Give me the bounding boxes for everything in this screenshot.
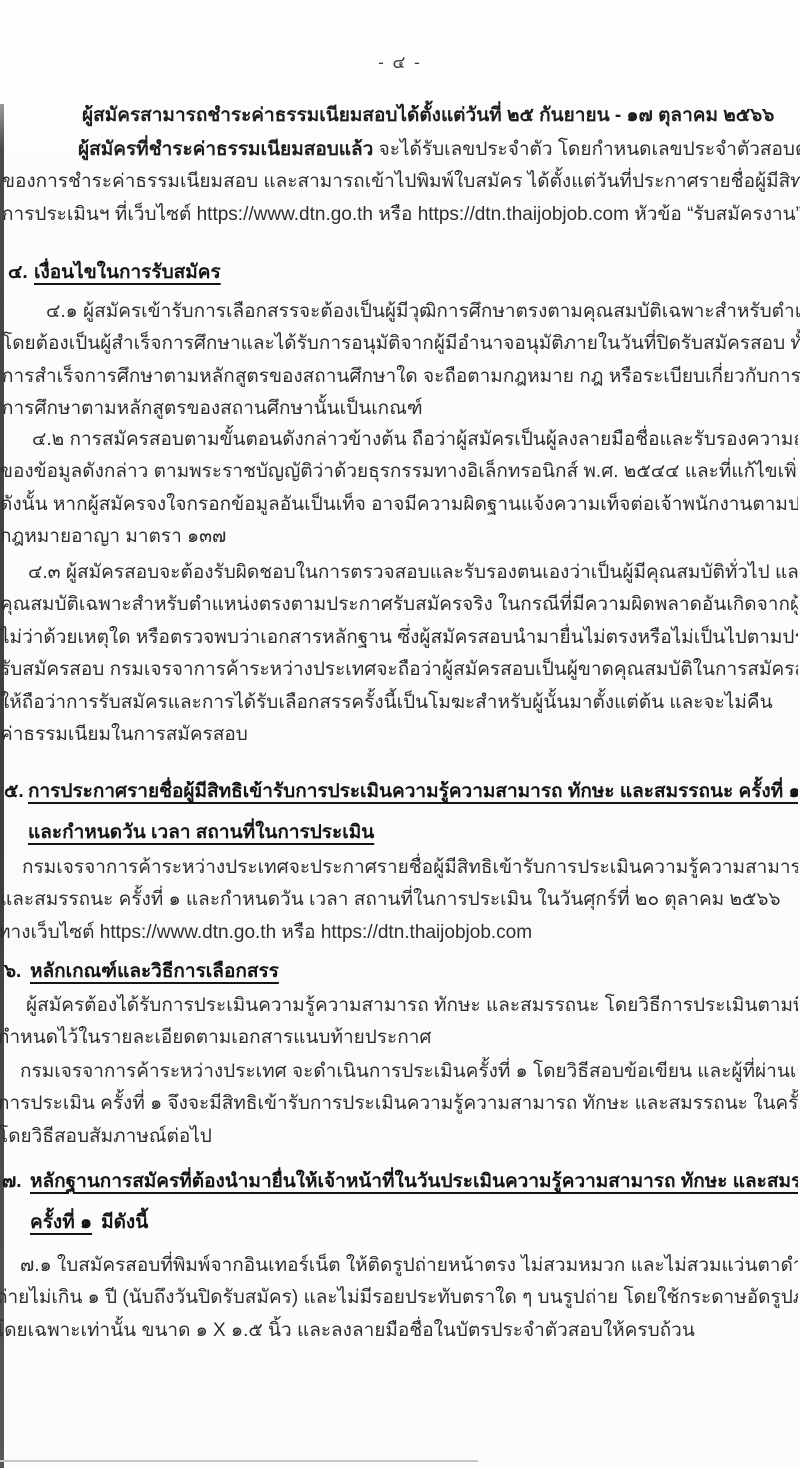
section-7-heading: ๗. หลักฐานการสมัครที่ต้องนำมายื่นให้เจ้า…: [0, 1161, 798, 1243]
section-7-number: ๗.: [0, 1161, 30, 1243]
intro-paragraph: ผู้สมัครที่ชำระค่าธรรมเนียมสอบแล้ว จะได้…: [0, 134, 800, 231]
intro-lead-bold: ผู้สมัครที่ชำระค่าธรรมเนียมสอบแล้ว: [78, 139, 373, 160]
text-line: การศึกษาตามหลักสูตรของสถานศึกษานั้นเป็นเ…: [2, 393, 800, 425]
text-line: ๔.๓ ผู้สมัครสอบจะต้องรับผิดชอบในการตรวจส…: [0, 557, 798, 589]
text-line: ค่าธรรมเนียมในการสมัครสอบ: [0, 719, 798, 751]
section-5-number: ๕.: [0, 771, 28, 853]
paragraph-5: กรมเจรจาการค้าระหว่างประเทศจะประกาศรายชื…: [0, 852, 798, 949]
section-5-title-line1: การประกาศรายชื่อผู้มีสิทธิเข้ารับการประเ…: [28, 781, 798, 802]
paragraph-4-2: ๔.๒ การสมัครสอบตามขั้นตอนดังกล่าวข้างต้น…: [0, 424, 798, 554]
text-line: ให้ถือว่าการรับสมัครและการได้รับเลือกสรร…: [0, 687, 798, 719]
text-line: ๔.๒ การสมัครสอบตามขั้นตอนดังกล่าวข้างต้น…: [0, 424, 798, 456]
text-line: ถ่ายไม่เกิน ๑ ปี (นับถึงวันปิดรับสมัคร) …: [0, 1282, 798, 1314]
section-4-number: ๔.: [0, 252, 34, 293]
text-line: ๔.๑ ผู้สมัครเข้ารับการเลือกสรรจะต้องเป็น…: [2, 296, 800, 328]
section-4-heading: ๔. เงื่อนไขในการรับสมัคร: [0, 252, 798, 293]
text-line: รับสมัครสอบ กรมเจรจาการค้าระหว่างประเทศจ…: [0, 654, 798, 686]
section-6-title: หลักเกณฑ์และวิธีการเลือกสรร: [30, 961, 279, 982]
text-line: กฎหมายอาญา มาตรา ๑๓๗: [0, 521, 798, 553]
section-6-number: ๖.: [0, 951, 30, 992]
section-5-heading: ๕. การประกาศรายชื่อผู้มีสิทธิเข้ารับการป…: [0, 771, 798, 853]
text-line: คุณสมบัติเฉพาะสำหรับตำแหน่งตรงตามประกาศร…: [0, 589, 798, 621]
scan-bottom-line-artifact: [0, 1460, 478, 1462]
intro-line1-rest: จะได้รับเลขประจำตัว โดยกำหนดเลขประจำตัวส…: [373, 139, 800, 160]
text-line: ของการชำระค่าธรรมเนียมสอบ และสามารถเข้าไ…: [2, 166, 800, 198]
paragraph-4-3: ๔.๓ ผู้สมัครสอบจะต้องรับผิดชอบในการตรวจส…: [0, 557, 798, 751]
section-7-title-line2-underlined: ครั้งที่ ๑: [30, 1212, 92, 1233]
text-line: ๗.๑ ใบสมัครสอบที่พิมพ์จากอินเทอร์เน็ต ให…: [0, 1250, 798, 1282]
text-line: ดังนั้น หากผู้สมัครจงใจกรอกข้อมูลอันเป็น…: [0, 489, 798, 521]
text-line: โดยวิธีสอบสัมภาษณ์ต่อไป: [0, 1121, 798, 1153]
paragraph-4-1: ๔.๑ ผู้สมัครเข้ารับการเลือกสรรจะต้องเป็น…: [0, 296, 800, 426]
fee-payment-period-note: ผู้สมัครสามารถชำระค่าธรรมเนียมสอบได้ตั้ง…: [0, 100, 800, 132]
text-line: ของข้อมูลดังกล่าว ตามพระราชบัญญัติว่าด้ว…: [0, 456, 798, 488]
section-7-title-line2-rest: มีดังนี้: [101, 1212, 148, 1233]
section-6-heading: ๖. หลักเกณฑ์และวิธีการเลือกสรร: [0, 951, 798, 992]
text-line: โดยต้องเป็นผู้สำเร็จการศึกษาและได้รับการ…: [2, 328, 800, 360]
paragraph-7-1: ๗.๑ ใบสมัครสอบที่พิมพ์จากอินเทอร์เน็ต ให…: [0, 1250, 798, 1347]
text-line: ทางเว็บไซต์ https://www.dtn.go.th หรือ h…: [0, 917, 798, 949]
text-line: การสำเร็จการศึกษาตามหลักสูตรของสถานศึกษา…: [2, 361, 800, 393]
section-4-title: เงื่อนไขในการรับสมัคร: [34, 262, 221, 283]
text-line: โดยเฉพาะเท่านั้น ขนาด ๑ X ๑.๕ นิ้ว และลง…: [0, 1315, 798, 1347]
paragraph-6-1: ผู้สมัครต้องได้รับการประเมินความรู้ความส…: [0, 990, 798, 1055]
text-line: และสมรรถนะ ครั้งที่ ๑ และกำหนดวัน เวลา ส…: [0, 884, 798, 916]
text-line: กำหนดไว้ในรายละเอียดตามเอกสารแนบท้ายประก…: [0, 1022, 798, 1054]
text-line: กรมเจรจาการค้าระหว่างประเทศจะประกาศรายชื…: [0, 852, 798, 884]
text-line: การประเมินฯ ที่เว็บไซต์ https://www.dtn.…: [2, 199, 800, 231]
text-line: ไม่ว่าด้วยเหตุใด หรือตรวจพบว่าเอกสารหลัก…: [0, 622, 798, 654]
text-line: การประเมิน ครั้งที่ ๑ จึงจะมีสิทธิเข้ารั…: [0, 1088, 798, 1120]
paragraph-6-2: กรมเจรจาการค้าระหว่างประเทศ จะดำเนินการป…: [0, 1056, 798, 1153]
section-7-title-line1: หลักฐานการสมัครที่ต้องนำมายื่นให้เจ้าหน้…: [30, 1171, 798, 1192]
text-line: ผู้สมัครที่ชำระค่าธรรมเนียมสอบแล้ว จะได้…: [2, 134, 800, 166]
document-page: - ๔ - ผู้สมัครสามารถชำระค่าธรรมเนียมสอบไ…: [0, 0, 800, 1468]
section-5-title-line2: และกำหนดวัน เวลา สถานที่ในการประเมิน: [28, 822, 374, 843]
text-line: กรมเจรจาการค้าระหว่างประเทศ จะดำเนินการป…: [0, 1056, 798, 1088]
text-line: ผู้สมัครต้องได้รับการประเมินความรู้ความส…: [0, 990, 798, 1022]
page-number: - ๔ -: [0, 47, 800, 79]
